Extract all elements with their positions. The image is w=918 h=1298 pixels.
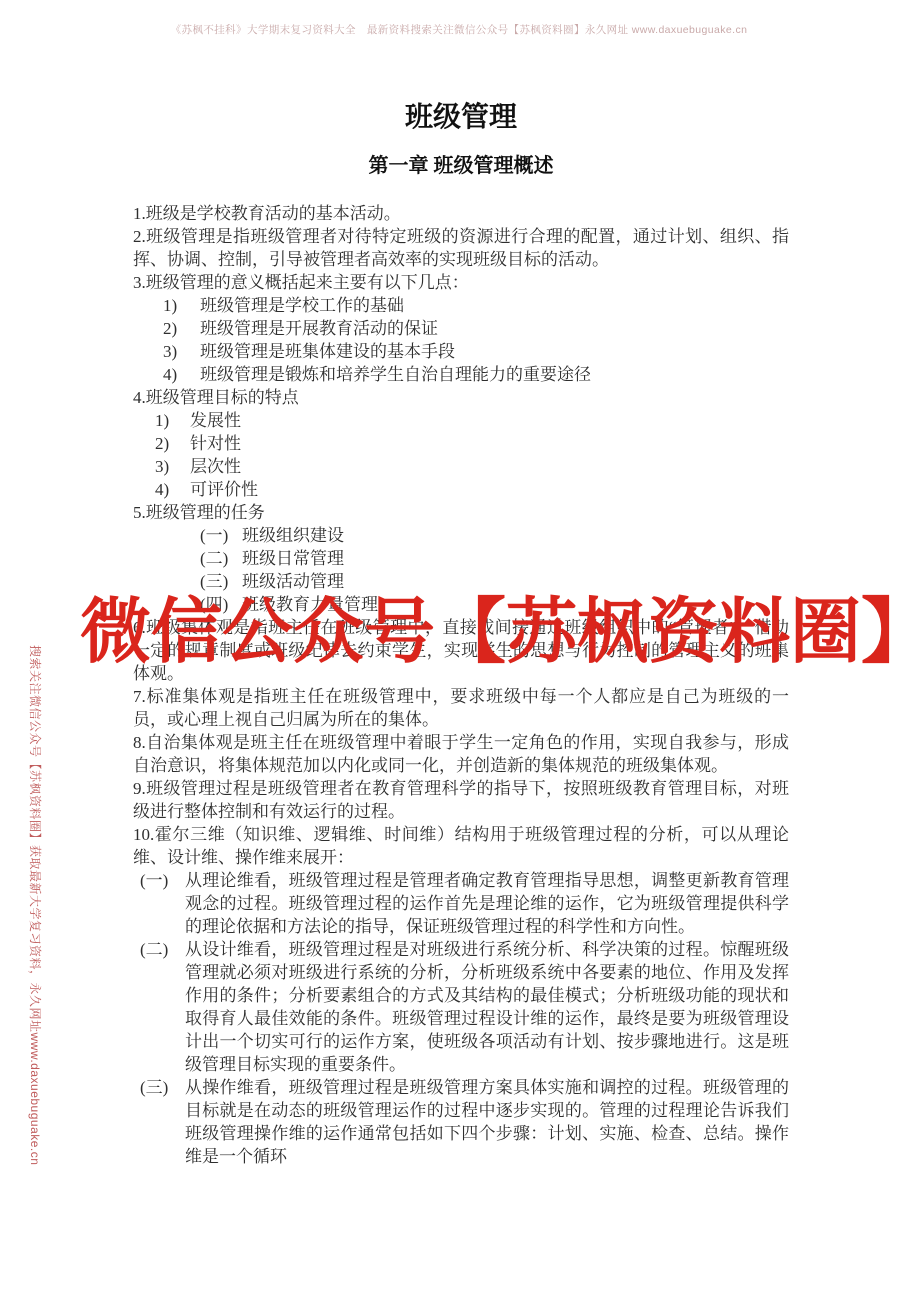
list-marker: 1) (155, 409, 190, 432)
side-watermark-text: 搜索关注微信公众号【苏枫资料圈】获取最新大学复习资料，永久网址www.daxue… (27, 645, 44, 1165)
paragraph-9: 9.班级管理过程是班级管理者在教育管理科学的指导下，按照班级教育管理目标，对班级… (133, 777, 789, 823)
list-item-text: 班级日常管理 (242, 547, 344, 570)
list-item: 4) 班级管理是锻炼和培养学生自治自理能力的重要途径 (163, 363, 789, 386)
paragraph-7: 7.标准集体观是指班主任在班级管理中，要求班级中每一个人都应是自己为班级的一员，… (133, 685, 789, 731)
list-item: 3) 层次性 (155, 455, 789, 478)
list-marker: 3) (155, 455, 190, 478)
dimension-text: 从理论维看，班级管理过程是管理者确定教育管理指导思想，调整更新教育管理观念的过程… (185, 869, 789, 938)
paragraph-10: 10.霍尔三维（知识维、逻辑维、时间维）结构用于班级管理过程的分析，可以从理论维… (133, 823, 789, 869)
list-item: 2) 针对性 (155, 432, 789, 455)
list-item: 4) 可评价性 (155, 478, 789, 501)
paragraph-5: 5.班级管理的任务 (133, 501, 789, 524)
dimension-text: 从设计维看，班级管理过程是对班级进行系统分析、科学决策的过程。惊醒班级管理就必须… (185, 938, 789, 1076)
list-item: (一) 班级组织建设 (200, 524, 789, 547)
paragraph-4: 4.班级管理目标的特点 (133, 386, 789, 409)
list-item-text: 班级管理是锻炼和培养学生自治自理能力的重要途径 (200, 363, 591, 386)
page-header-note: 《苏枫不挂科》大学期末复习资料大全 最新资料搜索关注微信公众号【苏枫资料圈】永久… (0, 22, 918, 37)
list-item-text: 针对性 (190, 432, 241, 455)
dimension-text: 从操作维看，班级管理过程是班级管理方案具体实施和调控的过程。班级管理的目标就是在… (185, 1076, 789, 1168)
list-marker: 4) (155, 478, 190, 501)
list-marker: (一) (200, 524, 242, 547)
tasks-list: (一) 班级组织建设 (二) 班级日常管理 (三) 班级活动管理 (四) 班级教… (133, 524, 789, 616)
list-marker: 2) (155, 432, 190, 455)
list-marker: 1) (163, 294, 200, 317)
list-item-text: 可评价性 (190, 478, 258, 501)
significance-list: 1) 班级管理是学校工作的基础 2) 班级管理是开展教育活动的保证 3) 班级管… (133, 294, 789, 386)
list-marker: (二) (200, 547, 242, 570)
paragraph-8: 8.自治集体观是班主任在班级管理中着眼于学生一定角色的作用，实现自我参与，形成自… (133, 731, 789, 777)
dimension-item: (一) 从理论维看，班级管理过程是管理者确定教育管理指导思想，调整更新教育管理观… (133, 869, 789, 938)
list-item: 1) 发展性 (155, 409, 789, 432)
list-marker: (三) (133, 1076, 185, 1168)
list-item: 2) 班级管理是开展教育活动的保证 (163, 317, 789, 340)
list-item-text: 发展性 (190, 409, 241, 432)
document-title: 班级管理 (133, 106, 789, 129)
list-item: (四) 班级教育力量管理 (200, 593, 789, 616)
dimension-item: (三) 从操作维看，班级管理过程是班级管理方案具体实施和调控的过程。班级管理的目… (133, 1076, 789, 1168)
list-item: 3) 班级管理是班集体建设的基本手段 (163, 340, 789, 363)
list-marker: (三) (200, 570, 242, 593)
list-marker: 3) (163, 340, 200, 363)
document-body: 班级管理 第一章 班级管理概述 1.班级是学校教育活动的基本活动。 2.班级管理… (133, 106, 789, 1168)
list-item-text: 层次性 (190, 455, 241, 478)
list-item-text: 班级管理是学校工作的基础 (200, 294, 404, 317)
target-features-list: 1) 发展性 2) 针对性 3) 层次性 4) 可评价性 (133, 409, 789, 501)
list-item: (二) 班级日常管理 (200, 547, 789, 570)
document-page: { "page": { "header_note": "《苏枫不挂科》大学期末复… (0, 0, 918, 1298)
list-item-text: 班级活动管理 (242, 570, 344, 593)
list-item-text: 班级管理是开展教育活动的保证 (200, 317, 438, 340)
list-marker: (二) (133, 938, 185, 1076)
list-marker: 4) (163, 363, 200, 386)
list-item: (三) 班级活动管理 (200, 570, 789, 593)
list-item: 1) 班级管理是学校工作的基础 (163, 294, 789, 317)
chapter-heading: 第一章 班级管理概述 (133, 155, 789, 178)
paragraph-6: 6.班级集体观是指班主任在班级管理中，直接或间接通过班级组织中的“管理者”，借助… (133, 616, 789, 685)
paragraph-2: 2.班级管理是指班级管理者对待特定班级的资源进行合理的配置，通过计划、组织、指挥… (133, 225, 789, 271)
list-marker: (四) (200, 593, 242, 616)
list-item-text: 班级组织建设 (242, 524, 344, 547)
list-marker: 2) (163, 317, 200, 340)
paragraph-3: 3.班级管理的意义概括起来主要有以下几点： (133, 271, 789, 294)
paragraph-1: 1.班级是学校教育活动的基本活动。 (133, 202, 789, 225)
list-item-text: 班级教育力量管理 (242, 593, 378, 616)
list-marker: (一) (133, 869, 185, 938)
dimension-item: (二) 从设计维看，班级管理过程是对班级进行系统分析、科学决策的过程。惊醒班级管… (133, 938, 789, 1076)
list-item-text: 班级管理是班集体建设的基本手段 (200, 340, 455, 363)
